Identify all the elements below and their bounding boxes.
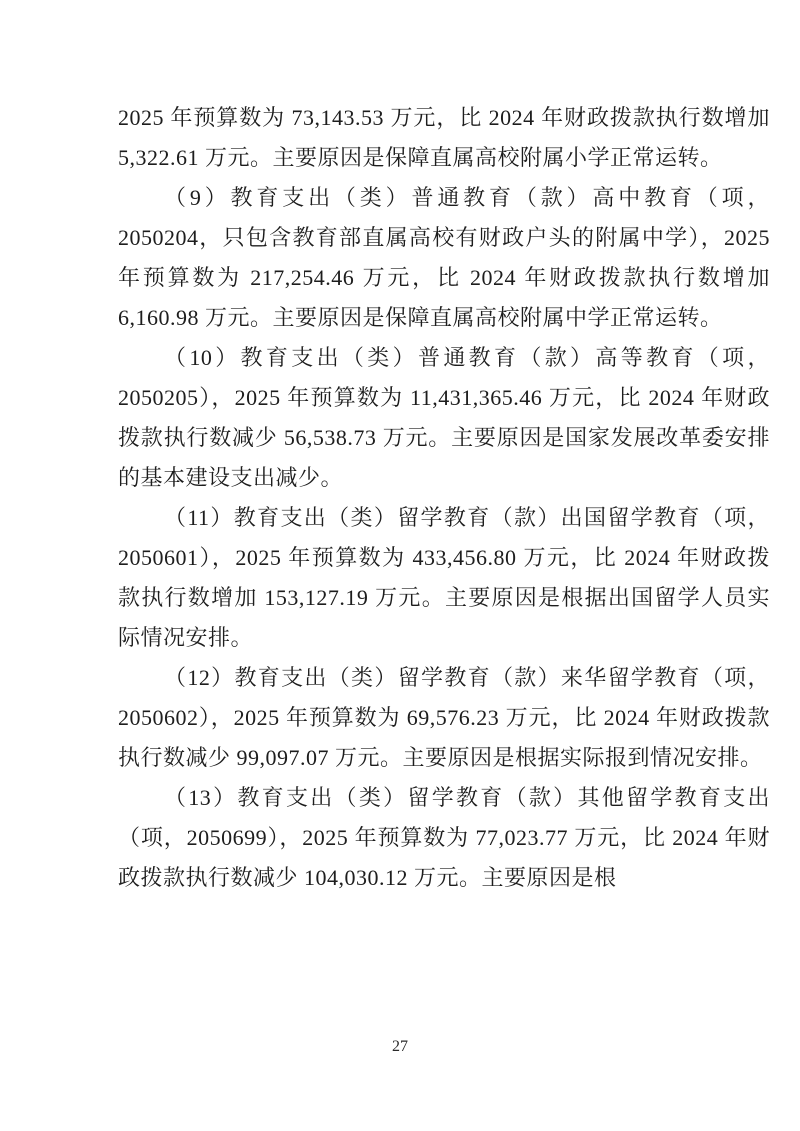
document-page: 2025 年预算数为 73,143.53 万元，比 2024 年财政拨款执行数增… xyxy=(0,0,800,1131)
paragraph-8-continuation: 2025 年预算数为 73,143.53 万元，比 2024 年财政拨款执行数增… xyxy=(118,98,770,178)
paragraph-11: （11）教育支出（类）留学教育（款）出国留学教育（项，2050601），2025… xyxy=(118,498,770,658)
paragraph-12: （12）教育支出（类）留学教育（款）来华留学教育（项，2050602），2025… xyxy=(118,658,770,778)
paragraph-10: （10）教育支出（类）普通教育（款）高等教育（项，2050205），2025 年… xyxy=(118,338,770,498)
paragraph-9: （9）教育支出（类）普通教育（款）高中教育（项，2050204，只包含教育部直属… xyxy=(118,178,770,338)
text-block: 2025 年预算数为 73,143.53 万元，比 2024 年财政拨款执行数增… xyxy=(118,98,770,898)
paragraph-13: （13）教育支出（类）留学教育（款）其他留学教育支出（项，2050699），20… xyxy=(118,778,770,898)
page-number: 27 xyxy=(0,1036,800,1058)
